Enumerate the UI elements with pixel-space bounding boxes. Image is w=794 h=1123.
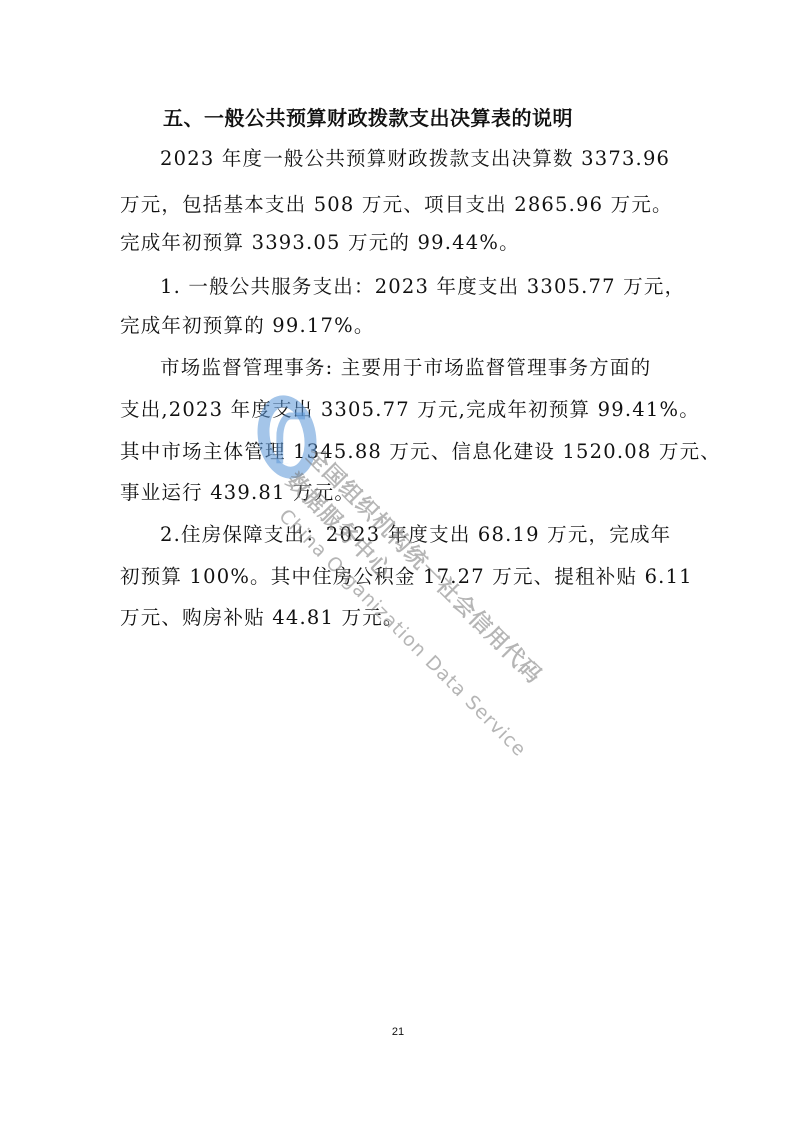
page-number: 21 bbox=[388, 1026, 408, 1038]
paragraph-3-line-3: 其中市场主体管理 1345.88 万元、信息化建设 1520.08 万元、 bbox=[120, 439, 721, 465]
section-heading: 五、一般公共预算财政拨款支出决算表的说明 bbox=[163, 104, 573, 132]
paragraph-2-line-2: 完成年初预算的 99.17%。 bbox=[120, 313, 375, 339]
paragraph-2-line-1: 1. 一般公共服务支出：2023 年度支出 3305.77 万元， bbox=[160, 274, 685, 300]
paragraph-1-line-1: 2023 年度一般公共预算财政拨款支出决算数 3373.96 bbox=[160, 146, 670, 172]
paragraph-3-line-4: 事业运行 439.81 万元。 bbox=[120, 480, 355, 506]
paragraph-1-line-2: 万元，包括基本支出 508 万元、项目支出 2865.96 万元。 bbox=[120, 192, 673, 218]
paragraph-4-line-1: 2.住房保障支出：2023 年度支出 68.19 万元，完成年 bbox=[160, 522, 671, 548]
paragraph-1-line-3: 完成年初预算 3393.05 万元的 99.44%。 bbox=[120, 230, 520, 256]
paragraph-4-line-3: 万元、购房补贴 44.81 万元。 bbox=[120, 605, 404, 631]
paragraph-3-line-1: 市场监督管理事务: 主要用于市场监督管理事务方面的 bbox=[160, 355, 651, 381]
paragraph-3-line-2: 支出,2023 年度支出 3305.77 万元,完成年初预算 99.41%。 bbox=[120, 397, 700, 423]
paragraph-4-line-2: 初预算 100%。其中住房公积金 17.27 万元、提租补贴 6.11 bbox=[120, 564, 693, 590]
document-page: 五、一般公共预算财政拨款支出决算表的说明 2023 年度一般公共预算财政拨款支出… bbox=[0, 0, 794, 1123]
